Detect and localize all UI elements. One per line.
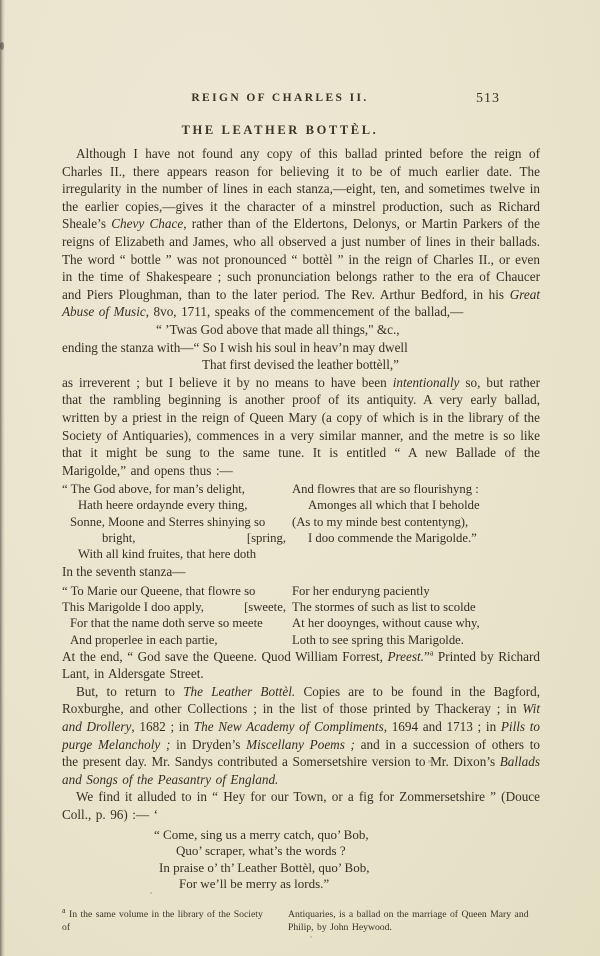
poem-line: At her dooynges, without cause why,	[292, 615, 540, 631]
emphasis-intentionally: intentionally	[393, 375, 460, 390]
poem-turnover-word: [spring,	[247, 530, 286, 546]
stanza-left-column: “ The God above, for man’s delight, Hath…	[62, 481, 290, 562]
paragraph-text: in Dryden’s	[170, 737, 246, 752]
poem-line: This Marigolde I doo apply,[sweete,	[62, 599, 290, 615]
page-edge-notch	[0, 42, 4, 50]
paragraph-text: But, to return to	[76, 684, 183, 699]
poem-line: bright,[spring,	[62, 530, 290, 546]
emphasis-preest: Preest.	[387, 649, 424, 664]
seventh-stanza-intro: In the seventh stanza—	[62, 563, 540, 581]
page-number: 513	[476, 91, 500, 107]
page-header: REIGN OF CHARLES II. 513	[62, 92, 540, 108]
poem-line: “ To Marie our Queene, that flowre so	[62, 583, 290, 599]
stanza-right-column: For her enduryng paciently The stormes o…	[292, 583, 540, 648]
paragraph-text: , 1694 and 1713 ; in	[384, 719, 501, 734]
poem-line: “ The God above, for man’s delight,	[62, 481, 290, 497]
poem-line: Sonne, Moone and Sterres shinying so	[70, 514, 290, 530]
poem-line: Amonges all which that I beholde	[308, 497, 540, 513]
song-line: “ Come, sing us a merry catch, quo’ Bob,	[154, 827, 540, 844]
book-title-miscellany-poems: Miscellany Poems ;	[246, 737, 355, 752]
footnote-left-column: a In the same volume in the library of t…	[62, 908, 274, 934]
paper-speck	[310, 936, 312, 938]
poem-line: And flowres that are so flourishyng :	[292, 481, 540, 497]
footnote-right-column: Antiquaries, is a ballad on the marriage…	[288, 908, 538, 934]
page-left-edge-shadow	[0, 0, 5, 956]
paragraph-text: as irreverent ; but I believe it by no m…	[62, 375, 393, 390]
poem-line: Hath heere ordaynde every thing,	[78, 497, 290, 513]
song-line: In praise o’ th’ Leather Bottèl, quo’ Bo…	[159, 860, 540, 877]
poem-line: (As to my minde best contentyng),	[292, 514, 540, 530]
paragraph-text: , 1682 ; in	[131, 719, 193, 734]
article-title: THE LEATHER BOTTÈL.	[41, 123, 519, 138]
stanza-left-column: “ To Marie our Queene, that flowre so Th…	[62, 583, 290, 648]
paragraph-at-the-end: At the end, “ God save the Queene. Quod …	[62, 648, 540, 683]
marigolde-stanza-7: “ To Marie our Queene, that flowre so Th…	[62, 583, 540, 648]
poem-line-fragment: This Marigolde I doo apply,	[62, 599, 204, 615]
poem-line: The stormes of such as list to scolde	[292, 599, 540, 615]
stanza-right-column: And flowres that are so flourishyng : Am…	[292, 481, 540, 562]
book-title-leather-bottel: The Leather Bottèl.	[183, 684, 295, 699]
paragraph-alluded: We find it alluded to in “ Hey for our T…	[62, 788, 540, 823]
running-title: REIGN OF CHARLES II.	[41, 92, 519, 104]
poem-line-fragment: bright,	[102, 530, 135, 546]
paragraph-collections: But, to return to The Leather Bottèl. Co…	[62, 683, 540, 789]
footnote: a In the same volume in the library of t…	[62, 908, 540, 934]
poem-turnover-word: [sweete,	[244, 599, 286, 615]
paragraph-text: At the end, “ God save the Queene. Quod …	[62, 649, 387, 664]
footnote-text: In the same volume in the library of the…	[62, 909, 263, 933]
marigolde-stanza-1: “ The God above, for man’s delight, Hath…	[62, 481, 540, 562]
paragraph-intro: Although I have not found any copy of th…	[62, 145, 540, 321]
book-title-chevy-chace: Chevy Chace	[111, 216, 183, 231]
song-line: Quo’ scraper, what’s the words ?	[176, 843, 540, 860]
paragraph-text: so, but rather that the rambling beginni…	[62, 375, 540, 478]
book-title-new-academy: The New Academy of Compliments	[194, 719, 384, 734]
bedford-quote-line1: “ ’Twas God above that made all things,"…	[156, 321, 540, 339]
bottel-song-quote: “ Come, sing us a merry catch, quo’ Bob,…	[154, 827, 540, 893]
paragraph-text: , 8vo, 1711, speaks of the commencement …	[146, 304, 464, 319]
bedford-quote-line2: ending the stanza with—“ So I wish his s…	[62, 339, 540, 357]
song-line: For we’ll be merry as lords.”	[179, 876, 540, 893]
paragraph-antiquity: as irreverent ; but I believe it by no m…	[62, 374, 540, 480]
poem-line: For that the name doth serve so meete	[70, 615, 290, 631]
poem-line: And properlee in each partie,	[70, 632, 290, 648]
poem-line: For her enduryng paciently	[292, 583, 540, 599]
poem-line: With all kind fruites, that here doth	[78, 546, 290, 562]
poem-line: Loth to see spring this Marigolde.	[292, 632, 540, 648]
text-block: REIGN OF CHARLES II. 513 THE LEATHER BOT…	[62, 92, 540, 934]
poem-line: I doo commende the Marigolde.”	[308, 530, 540, 546]
scanned-book-page: REIGN OF CHARLES II. 513 THE LEATHER BOT…	[0, 0, 600, 956]
bedford-quote-line3: That first devised the leather bottèll,”	[202, 356, 540, 374]
